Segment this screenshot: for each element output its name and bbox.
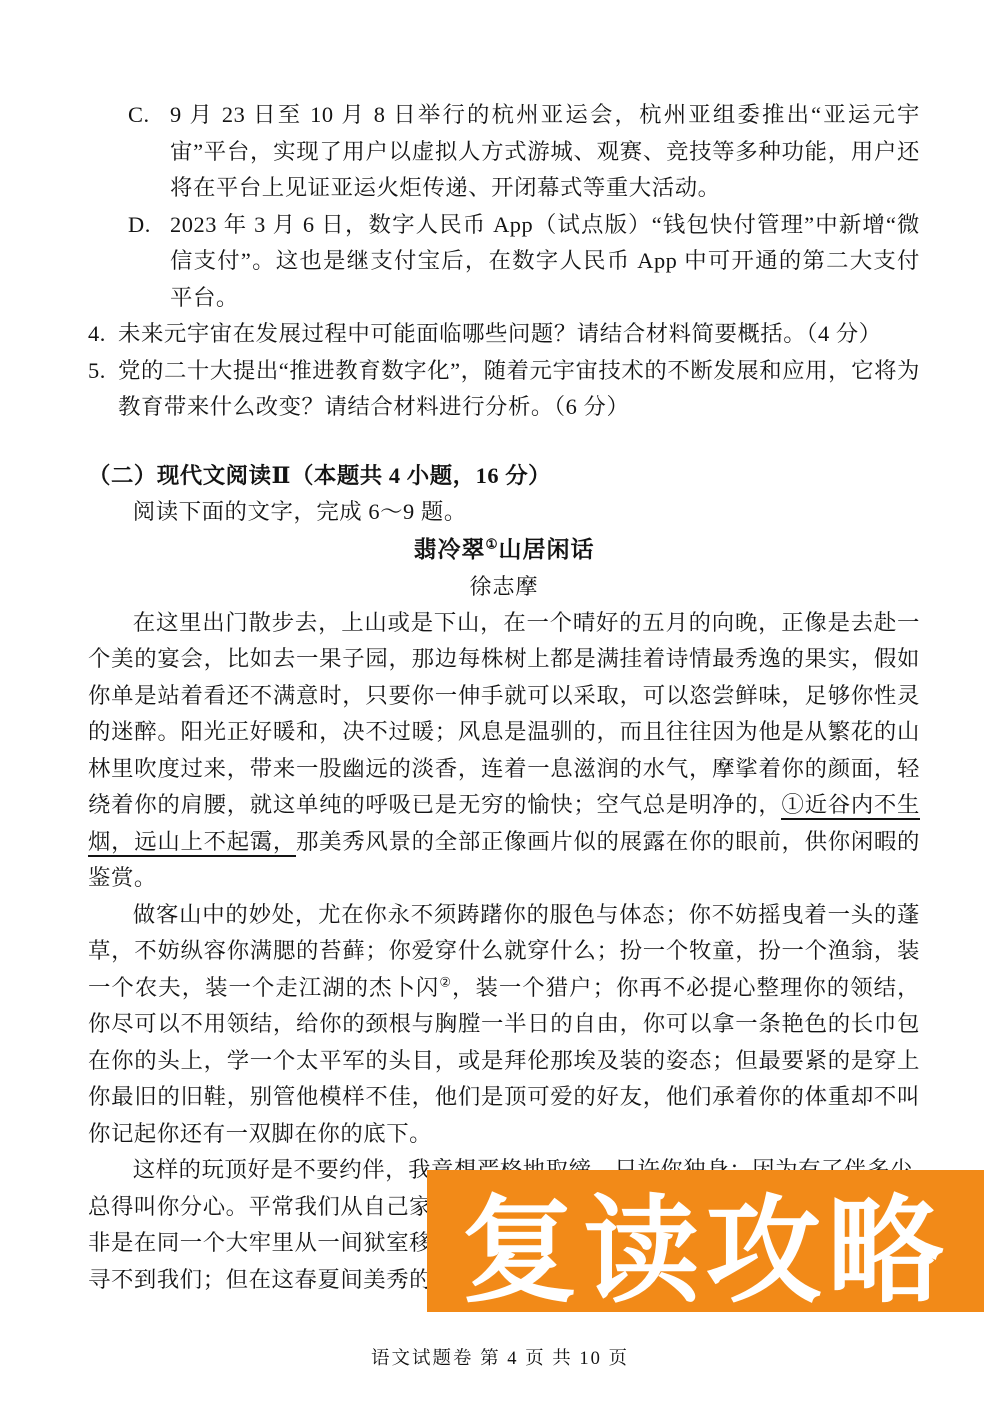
essay-paragraph-2: 做客山中的妙处，尤在你永不须踌躇你的服色与体态；你不妨摇曳着一头的蓬草，不妨纵容… [88,897,920,1153]
essay-title-main: 翡冷翠 [414,537,486,562]
option-d-label: D. [128,207,151,244]
question-5: 5. 党的二十大提出“推进教育数字化”，随着元宇宙技术的不断发展和应用，它将为教… [88,353,920,426]
essay-author: 徐志摩 [88,568,920,605]
option-c-text: 9 月 23 日至 10 月 8 日举行的杭州亚运会，杭州亚组委推出“亚运元宇宙… [170,102,920,200]
question-4-text: 未来元宇宙在发展过程中可能面临哪些问题？请结合材料简要概括。（4 分） [118,321,882,346]
paragraph-2-text-after: ，装一个猎户；你再不必提心整理你的领结，你尽可以不用领结，给你的颈根与胸膛一半日… [88,975,920,1146]
option-c-label: C. [128,97,150,134]
page-content: C. 9 月 23 日至 10 月 8 日举行的杭州亚运会，杭州亚组委推出“亚运… [88,97,920,1298]
exam-paper-page: C. 9 月 23 日至 10 月 8 日举行的杭州亚运会，杭州亚组委推出“亚运… [0,0,1000,1412]
essay-paragraph-1: 在这里出门散步去，上山或是下山，在一个晴好的五月的向晚，正像是去赴一个美的宴会，… [88,605,920,897]
watermark-banner: 复读攻略 [427,1170,984,1312]
question-5-number: 5. [88,353,106,390]
essay-title: 翡冷翠①山居闲话 [88,531,920,568]
paragraph-1-text: 在这里出门散步去，上山或是下山，在一个晴好的五月的向晚，正像是去赴一个美的宴会，… [88,610,920,818]
question-4: 4. 未来元宇宙在发展过程中可能面临哪些问题？请结合材料简要概括。（4 分） [88,316,920,353]
footnote-marker-2: ② [439,974,452,989]
essay-title-rest: 山居闲话 [498,537,594,562]
choice-option-d: D. 2023 年 3 月 6 日，数字人民币 App（试点版）“钱包快付管理”… [88,207,920,317]
footnote-marker-1: ① [486,536,499,551]
page-footer: 语文试题卷 第 4 页 共 10 页 [0,1344,1000,1370]
choice-option-c: C. 9 月 23 日至 10 月 8 日举行的杭州亚运会，杭州亚组委推出“亚运… [88,97,920,207]
option-d-text: 2023 年 3 月 6 日，数字人民币 App（试点版）“钱包快付管理”中新增… [170,212,920,310]
question-4-number: 4. [88,316,106,353]
section-intro: 阅读下面的文字，完成 6～9 题。 [88,494,920,531]
section-header: （二）现代文阅读Ⅱ（本题共 4 小题，16 分） [88,458,920,495]
question-5-text: 党的二十大提出“推进教育数字化”，随着元宇宙技术的不断发展和应用，它将为教育带来… [118,358,920,420]
